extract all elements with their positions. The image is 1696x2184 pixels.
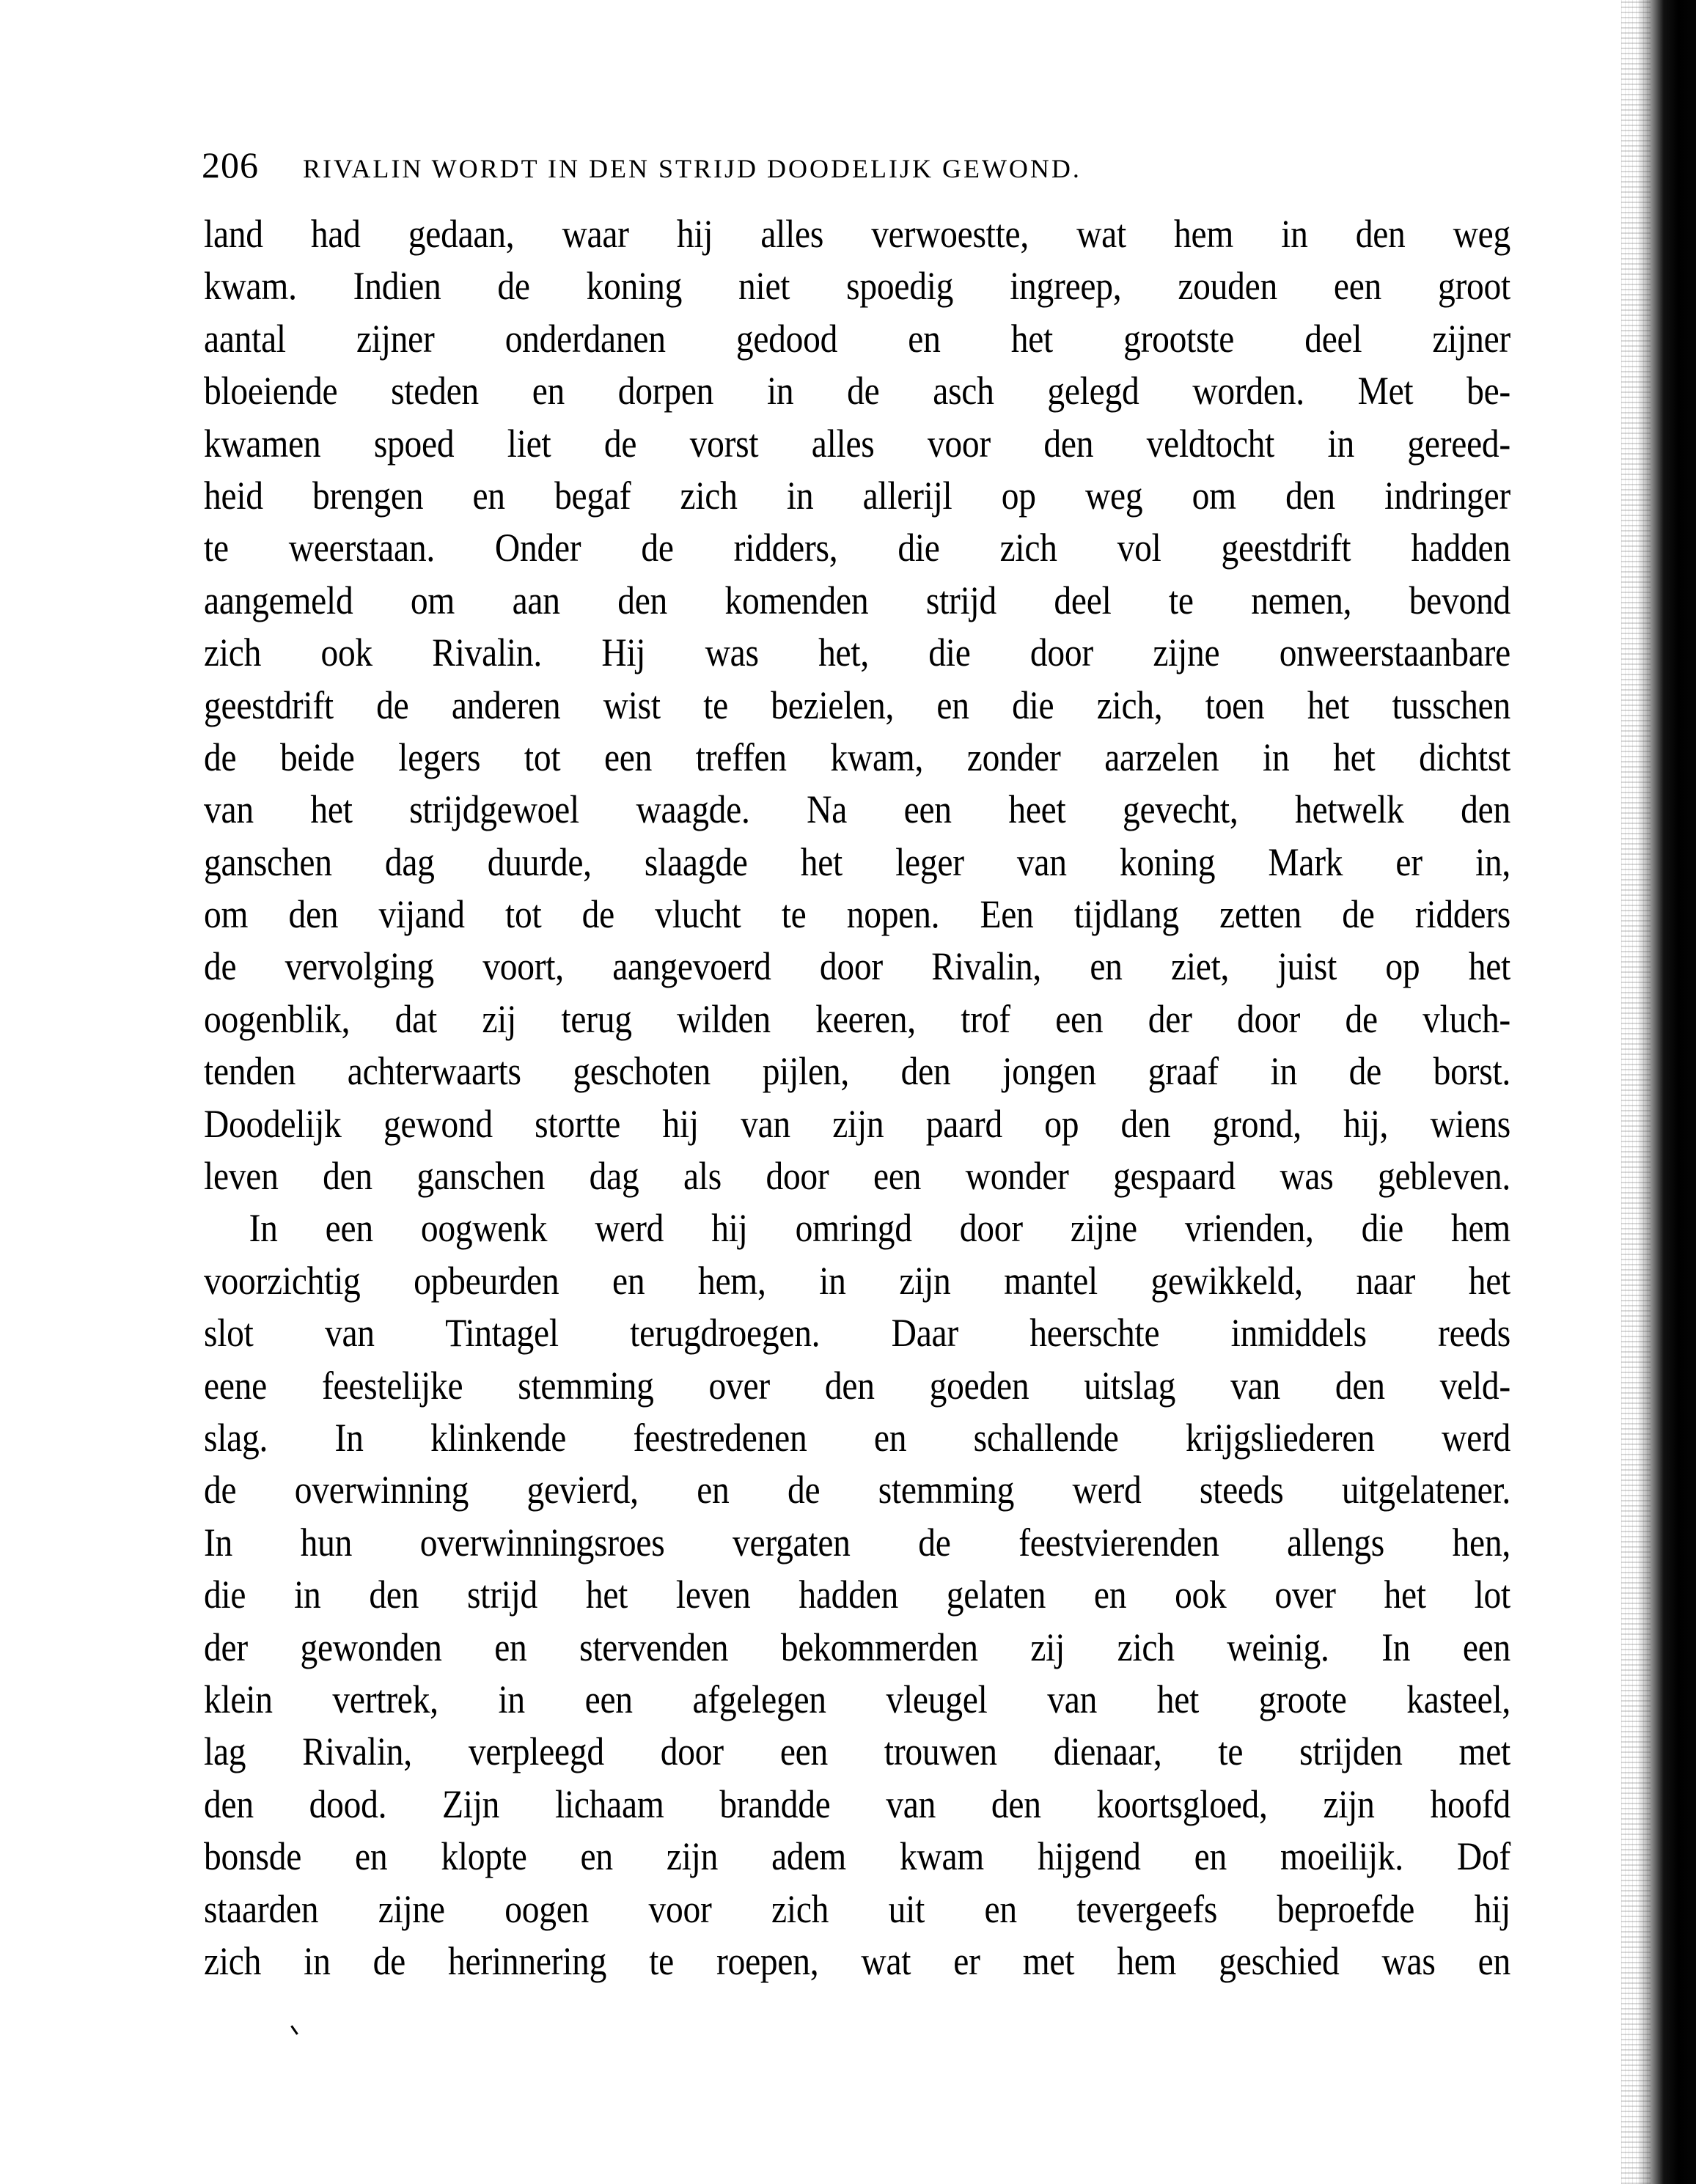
text-line: te weerstaan. Onder de ridders, die zich… bbox=[204, 522, 1510, 574]
text-line: klein vertrek, in een afgelegen vleugel … bbox=[204, 1674, 1510, 1726]
text-line: kwam. Indien de koning niet spoedig ingr… bbox=[204, 260, 1510, 312]
text-line: staarden zijne oogen voor zich uit en te… bbox=[204, 1883, 1510, 1935]
text-line: slag. In klinkende feestredenen en schal… bbox=[204, 1412, 1510, 1464]
text-line: slot van Tintagel terugdroegen. Daar hee… bbox=[204, 1307, 1510, 1359]
text-line: om den vijand tot de vlucht te nopen. Ee… bbox=[204, 889, 1510, 941]
text-line: zich in de herinnering te roepen, wat er… bbox=[204, 1935, 1510, 1988]
paragraph-start-line: In een oogwenk werd hij omringd door zij… bbox=[204, 1202, 1510, 1254]
text-line: lag Rivalin, verpleegd door een trouwen … bbox=[204, 1726, 1510, 1778]
text-line: kwamen spoed liet de vorst alles voor de… bbox=[204, 418, 1510, 470]
binding-edge-shadow bbox=[1637, 0, 1696, 2184]
page-number: 206 bbox=[202, 144, 259, 186]
text-line: voorzichtig opbeurden en hem, in zijn ma… bbox=[204, 1255, 1510, 1307]
text-line: In hun overwinningsroes vergaten de fees… bbox=[204, 1517, 1510, 1569]
running-title: RIVALIN WORDT IN DEN STRIJD DOODELIJK GE… bbox=[303, 153, 1082, 184]
text-line: aangemeld om aan den komenden strijd dee… bbox=[204, 575, 1510, 627]
text-line: aantal zijner onderdanen gedood en het g… bbox=[204, 313, 1510, 365]
text-line: de vervolging voort, aangevoerd door Riv… bbox=[204, 941, 1510, 993]
text-line: geestdrift de anderen wist te bezielen, … bbox=[204, 680, 1510, 732]
text-line: den dood. Zijn lichaam brandde van den k… bbox=[204, 1779, 1510, 1831]
scan-artifact-mark bbox=[290, 2025, 298, 2034]
text-line: bonsde en klopte en zijn adem kwam hijge… bbox=[204, 1831, 1510, 1883]
running-head: 206 RIVALIN WORDT IN DEN STRIJD DOODELIJ… bbox=[202, 144, 1536, 188]
text-line: leven den ganschen dag als door een wond… bbox=[204, 1150, 1510, 1202]
text-line: die in den strijd het leven hadden gelat… bbox=[204, 1569, 1510, 1621]
text-line: land had gedaan, waar hij alles verwoest… bbox=[204, 208, 1510, 260]
text-line: der gewonden en stervenden bekommerden z… bbox=[204, 1622, 1510, 1674]
text-line: Doodelijk gewond stortte hij van zijn pa… bbox=[204, 1098, 1510, 1150]
text-line: heid brengen en begaf zich in allerijl o… bbox=[204, 470, 1510, 522]
text-line: eene feestelijke stemming over den goede… bbox=[204, 1360, 1510, 1412]
text-line: ganschen dag duurde, slaagde het leger v… bbox=[204, 837, 1510, 889]
text-line: tenden achterwaarts geschoten pijlen, de… bbox=[204, 1045, 1510, 1097]
text-line: de beide legers tot een treffen kwam, zo… bbox=[204, 732, 1510, 784]
book-page: 206 RIVALIN WORDT IN DEN STRIJD DOODELIJ… bbox=[0, 0, 1696, 2184]
text-line: oogenblik, dat zij terug wilden keeren, … bbox=[204, 993, 1510, 1045]
body-text: land had gedaan, waar hij alles verwoest… bbox=[204, 208, 1510, 1988]
text-line: bloeiende steden en dorpen in de asch ge… bbox=[204, 365, 1510, 417]
text-line: de overwinning gevierd, en de stemming w… bbox=[204, 1464, 1510, 1516]
text-line: zich ook Rivalin. Hij was het, die door … bbox=[204, 627, 1510, 679]
text-line: van het strijdgewoel waagde. Na een heet… bbox=[204, 784, 1510, 836]
